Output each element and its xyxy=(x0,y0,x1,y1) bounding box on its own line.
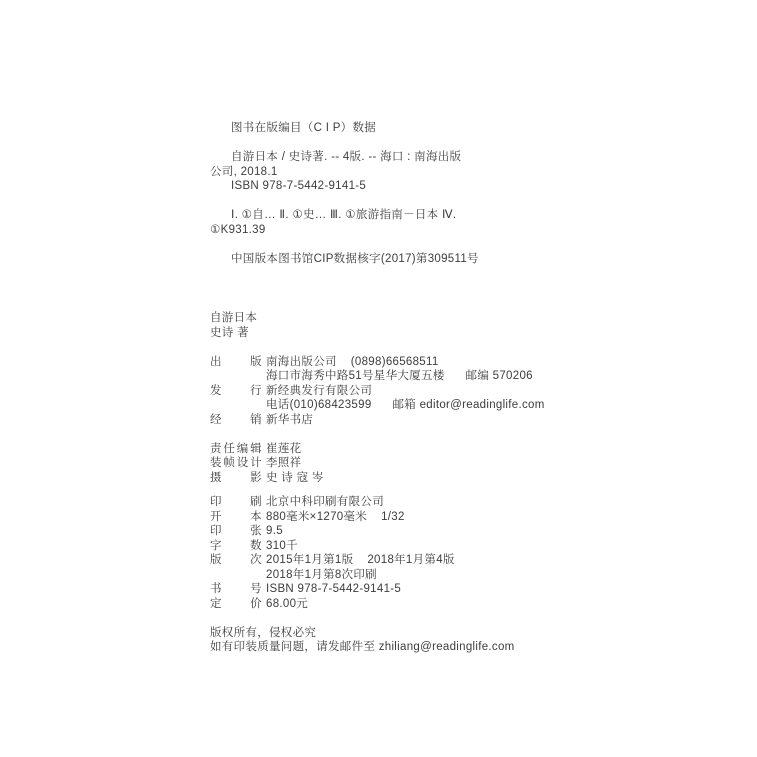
spacer xyxy=(210,340,570,355)
colophon-row-editor: 责任编辑崔莲花 xyxy=(210,442,570,457)
colophon-row-publisher-address: 海口市海秀中路51号星华大厦五楼 邮编 570206 xyxy=(210,369,570,384)
colophon-row-word-count: 字 数310千 xyxy=(210,539,570,554)
row-label xyxy=(210,398,262,413)
book-title: 自游日本 xyxy=(210,311,570,326)
cip-classification-line2: ①K931.39 xyxy=(210,223,570,238)
row-label: 版 次 xyxy=(210,553,262,568)
spacer xyxy=(210,427,570,442)
row-label: 发 行 xyxy=(210,384,262,399)
row-value: 880毫米×1270毫米 1/32 xyxy=(266,510,405,525)
spacer xyxy=(210,266,570,311)
row-value: ISBN 978-7-5442-9141-5 xyxy=(266,582,401,597)
colophon-row-designer: 装帧设计李照祥 xyxy=(210,456,570,471)
colophon-row-printing: 2018年1月第8次印刷 xyxy=(210,568,570,583)
row-value: 9.5 xyxy=(266,524,283,539)
row-label: 书 号 xyxy=(210,582,262,597)
row-value: 南海出版公司 (0898)66568511 xyxy=(266,355,439,370)
row-label: 摄 影 xyxy=(210,471,262,486)
cip-record-line1: 自游日本 / 史诗著. -- 4版. -- 海口 : 南海出版 xyxy=(210,150,570,165)
row-value: 北京中科印刷有限公司 xyxy=(266,495,384,510)
row-label xyxy=(210,568,262,583)
spacer xyxy=(210,136,570,151)
row-value: 2018年1月第8次印刷 xyxy=(266,568,377,583)
colophon-row-price: 定 价68.00元 xyxy=(210,597,570,612)
spacer xyxy=(210,611,570,626)
colophon-row-photographer: 摄 影史 诗 寇 岑 xyxy=(210,471,570,486)
row-value: 电话(010)68423599 邮箱 editor@readinglife.co… xyxy=(266,398,545,413)
colophon-row-isbn: 书 号ISBN 978-7-5442-9141-5 xyxy=(210,582,570,597)
row-label: 字 数 xyxy=(210,539,262,554)
row-label: 经 销 xyxy=(210,413,262,428)
colophon-row-printer: 印 刷北京中科印刷有限公司 xyxy=(210,495,570,510)
cip-header: 图书在版编目（C I P）数据 xyxy=(210,121,570,136)
row-value: 2015年1月第1版 2018年1月第4版 xyxy=(266,553,455,568)
copyright-page-content: 图书在版编目（C I P）数据 自游日本 / 史诗著. -- 4版. -- 海口… xyxy=(210,121,570,655)
colophon-row-sheets: 印 张9.5 xyxy=(210,524,570,539)
colophon-row-edition: 版 次2015年1月第1版 2018年1月第4版 xyxy=(210,553,570,568)
row-value: 新经典发行有限公司 xyxy=(266,384,372,399)
copyright-page: 图书在版编目（C I P）数据 自游日本 / 史诗著. -- 4版. -- 海口… xyxy=(0,0,757,757)
colophon-row-distributor-contact: 电话(010)68423599 邮箱 editor@readinglife.co… xyxy=(210,398,570,413)
row-value: 李照祥 xyxy=(266,456,301,471)
spacer xyxy=(210,237,570,252)
row-value: 310千 xyxy=(266,539,298,554)
row-label: 出 版 xyxy=(210,355,262,370)
row-value: 68.00元 xyxy=(266,597,308,612)
book-author: 史诗 著 xyxy=(210,326,570,341)
spacer xyxy=(210,485,570,495)
row-label: 装帧设计 xyxy=(210,456,262,471)
colophon-row-publisher: 出 版南海出版公司 (0898)66568511 xyxy=(210,355,570,370)
cip-classification-line1: Ⅰ. ①自… Ⅱ. ①史… Ⅲ. ①旅游指南－日本 Ⅳ. xyxy=(210,208,570,223)
row-label: 印 张 xyxy=(210,524,262,539)
row-label: 定 价 xyxy=(210,597,262,612)
colophon-row-distributor: 发 行新经典发行有限公司 xyxy=(210,384,570,399)
colophon-row-format: 开 本880毫米×1270毫米 1/32 xyxy=(210,510,570,525)
row-value: 新华书店 xyxy=(266,413,313,428)
colophon-row-retailer: 经 销新华书店 xyxy=(210,413,570,428)
row-label: 开 本 xyxy=(210,510,262,525)
row-value: 崔莲花 xyxy=(266,442,301,457)
cip-registry-number: 中国版本图书馆CIP数据核字(2017)第309511号 xyxy=(210,252,570,267)
row-value: 海口市海秀中路51号星华大厦五楼 邮编 570206 xyxy=(266,369,533,384)
cip-record-line2: 公司, 2018.1 xyxy=(210,165,570,180)
copyright-notice: 版权所有，侵权必究 xyxy=(210,626,570,641)
quality-contact-notice: 如有印装质量问题，请发邮件至 zhiliang@readinglife.com xyxy=(210,640,570,655)
row-label: 印 刷 xyxy=(210,495,262,510)
row-value: 史 诗 寇 岑 xyxy=(266,471,324,486)
row-label xyxy=(210,369,262,384)
cip-isbn: ISBN 978-7-5442-9141-5 xyxy=(210,179,570,194)
spacer xyxy=(210,194,570,209)
row-label: 责任编辑 xyxy=(210,442,262,457)
